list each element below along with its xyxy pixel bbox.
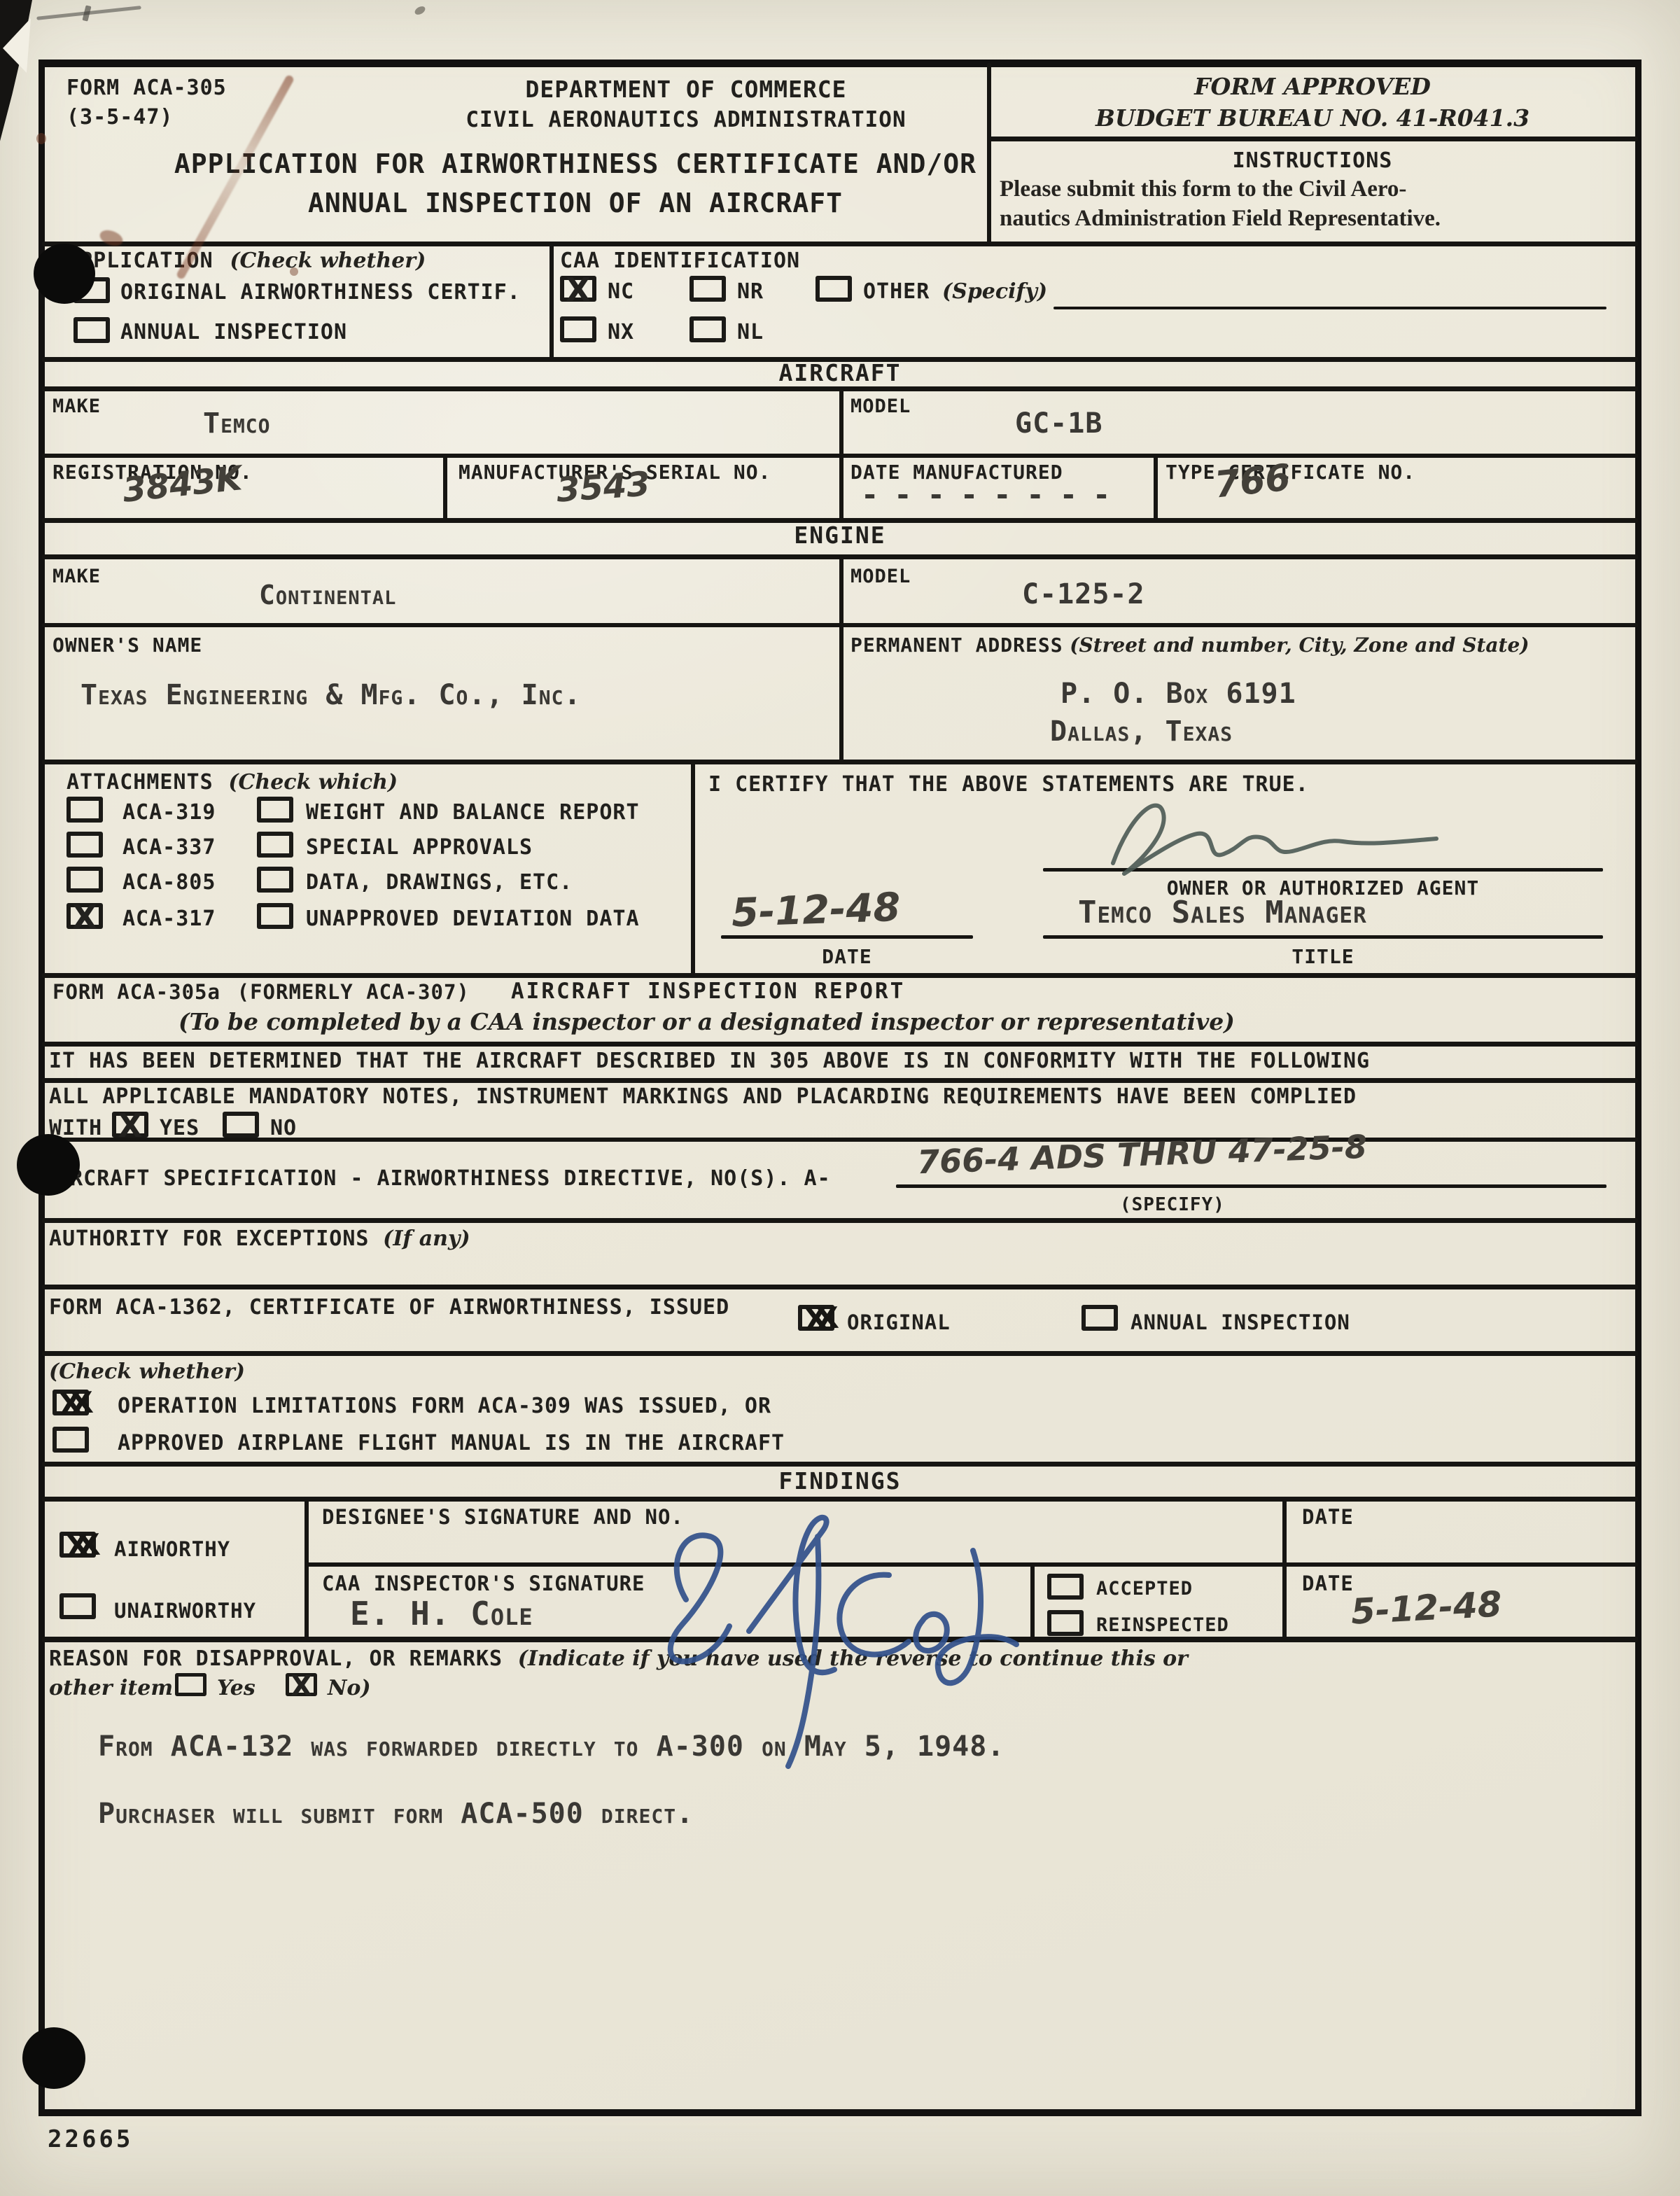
- specify-label: (SPECIFY): [1120, 1194, 1225, 1215]
- findings-date-value: 5-12-48: [1350, 1583, 1503, 1632]
- checkbox-airworthy[interactable]: XX: [59, 1532, 96, 1558]
- hole-punch: [17, 1134, 80, 1196]
- budget-bureau-number: BUDGET BUREAU NO. 41-R041.3: [987, 104, 1638, 132]
- option-nc: NC: [608, 279, 634, 304]
- option-original-airworthiness: ORIGINAL AIRWORTHINESS CERTIF.: [120, 280, 521, 305]
- checkbox-flight-manual[interactable]: [52, 1427, 89, 1453]
- engine-section-title: ENGINE: [38, 522, 1641, 549]
- application-hint: (Check whether): [230, 249, 426, 273]
- checkbox-nx[interactable]: [560, 316, 596, 342]
- checkbox-complied-yes[interactable]: X: [112, 1112, 148, 1138]
- inspection-report-subtitle: (To be completed by a CAA inspector or a…: [178, 1008, 1235, 1035]
- caa-identification-label: CAA IDENTIFICATION: [560, 249, 800, 273]
- attachments-section-label: ATTACHMENTS (Check which): [66, 770, 398, 795]
- checkbox-mark: X: [116, 1107, 144, 1144]
- other-specify-line[interactable]: [1053, 307, 1606, 309]
- address-hint: (Street and number, City, Zone and State…: [1070, 634, 1529, 657]
- checkbox-reinspected[interactable]: [1047, 1610, 1084, 1636]
- divider: [42, 1218, 1638, 1223]
- title-line[interactable]: [1043, 935, 1603, 939]
- remarks-label-line1: REASON FOR DISAPPROVAL, OR REMARKS (Indi…: [49, 1646, 1188, 1671]
- pencil-scribble: [36, 6, 141, 20]
- determined-statement: IT HAS BEEN DETERMINED THAT THE AIRCRAFT…: [49, 1049, 1370, 1073]
- option-reinspected: REINSPECTED: [1096, 1614, 1229, 1636]
- divider: [987, 137, 1638, 141]
- agency-name: DEPARTMENT OF COMMERCE CIVIL AERONAUTICS…: [392, 76, 980, 132]
- agent-title-value: Temco Sales Manager: [1078, 895, 1367, 930]
- option-other: OTHER (Specify): [863, 279, 1047, 304]
- divider: [839, 625, 843, 762]
- option-nl: NL: [737, 320, 764, 344]
- divider: [1030, 1565, 1035, 1639]
- attachments-hint: (Check which): [228, 770, 398, 795]
- type-certificate-value: 766: [1212, 456, 1292, 506]
- findings-date-label: DATE: [1302, 1572, 1354, 1595]
- owner-name-value: Texas Engineering & Mfg. Co., Inc.: [80, 679, 582, 711]
- engine-make-label: MAKE: [52, 566, 101, 587]
- divider: [42, 1285, 1638, 1289]
- serial-value: 3543: [555, 464, 651, 510]
- divider: [304, 1499, 309, 1639]
- checkbox-nl[interactable]: [689, 316, 726, 342]
- remarks-line2: Purchaser will submit form ACA-500 direc…: [98, 1798, 694, 1830]
- divider: [1282, 1499, 1287, 1639]
- option-other-hint: (Specify): [942, 279, 1047, 304]
- checkbox-unapproved-deviation[interactable]: [257, 903, 293, 929]
- inspection-report-title: AIRCRAFT INSPECTION REPORT: [511, 979, 905, 1004]
- aircraft-section-title: AIRCRAFT: [38, 359, 1641, 386]
- checkbox-other[interactable]: [815, 276, 852, 302]
- divider: [839, 389, 843, 456]
- option-issued-annual: ANNUAL INSPECTION: [1130, 1310, 1350, 1334]
- spec-directive-label: AIRCRAFT SPECIFICATION - AIRWORTHINESS D…: [43, 1166, 831, 1191]
- option-nx: NX: [608, 320, 634, 344]
- certify-statement: I CERTIFY THAT THE ABOVE STATEMENTS ARE …: [708, 772, 1309, 797]
- divider: [304, 1562, 1638, 1567]
- designee-date-label: DATE: [1302, 1505, 1354, 1529]
- complied-statement: ALL APPLICABLE MANDATORY NOTES, INSTRUME…: [49, 1084, 1357, 1109]
- checkbox-mark: X: [289, 1668, 314, 1705]
- owner-name-label: OWNER'S NAME: [52, 634, 202, 657]
- remarks-hint2: other item: [49, 1676, 173, 1700]
- pencil-scribble: [82, 5, 91, 21]
- form-approved-line1: FORM APPROVED: [987, 73, 1638, 100]
- remarks-line1: From ACA-132 was forwarded directly to A…: [98, 1730, 1004, 1763]
- divider: [42, 242, 1638, 246]
- divider: [42, 1078, 1638, 1083]
- engine-model-label: MODEL: [850, 566, 911, 587]
- option-reverse-no: No): [328, 1676, 371, 1700]
- divider: [42, 1351, 1638, 1356]
- hole-punch: [34, 244, 95, 304]
- authority-hint: (If any): [383, 1226, 470, 1251]
- checkbox-issued-annual[interactable]: [1081, 1305, 1118, 1331]
- option-accepted: ACCEPTED: [1096, 1578, 1193, 1600]
- agent-signature-line[interactable]: [1043, 868, 1603, 872]
- aircraft-model-value: GC-1B: [1015, 407, 1102, 440]
- instructions-title: INSTRUCTIONS: [987, 148, 1638, 173]
- option-aca-805: ACA-805: [122, 870, 216, 895]
- check-whether-hint: (Check whether): [49, 1359, 245, 1384]
- form-title: APPLICATION FOR AIRWORTHINESS CERTIFICAT…: [92, 148, 1058, 218]
- inspector-name-typed: E. H. Cole: [350, 1595, 533, 1632]
- checkbox-complied-no[interactable]: [223, 1112, 259, 1138]
- checkbox-issued-original[interactable]: XX: [798, 1305, 834, 1331]
- divider: [443, 456, 447, 520]
- engine-make-value: Continental: [259, 580, 396, 610]
- checkbox-mark: X: [564, 272, 592, 308]
- folded-corner: [3, 18, 31, 73]
- option-weight-balance: WEIGHT AND BALANCE REPORT: [306, 800, 640, 825]
- checkbox-aca-337[interactable]: [66, 832, 103, 858]
- checkbox-mark: XX: [63, 1527, 104, 1565]
- scan-edge-corner: [0, 0, 32, 147]
- checkbox-mark: X: [71, 899, 99, 935]
- address-line2: Dallas, Texas: [1050, 715, 1233, 748]
- agency-line1: DEPARTMENT OF COMMERCE: [392, 76, 980, 103]
- divider: [42, 1042, 1638, 1047]
- spec-write-line[interactable]: [896, 1184, 1606, 1188]
- certification-date-value: 5-12-48: [731, 885, 901, 936]
- checkbox-accepted[interactable]: [1047, 1574, 1084, 1600]
- inspection-form-no: FORM ACA-305a: [52, 980, 220, 1004]
- aircraft-model-label: MODEL: [850, 396, 911, 417]
- checkbox-reverse-no[interactable]: X: [286, 1673, 317, 1696]
- form-border-bottom: [38, 2109, 1641, 2116]
- divider: [549, 244, 554, 359]
- checkbox-special-approvals[interactable]: [257, 832, 293, 858]
- remarks-label: REASON FOR DISAPPROVAL, OR REMARKS: [49, 1646, 503, 1671]
- option-other-label: OTHER: [863, 279, 930, 304]
- option-aca-317: ACA-317: [122, 907, 216, 931]
- date-line[interactable]: [721, 935, 973, 939]
- serial-stamp: 22665: [48, 2125, 133, 2153]
- checkbox-aca-805[interactable]: [66, 867, 103, 893]
- form-title-line1: APPLICATION FOR AIRWORTHINESS CERTIFICAT…: [92, 148, 1058, 179]
- hole-punch: [22, 2027, 85, 2089]
- form-number: FORM ACA-305: [66, 76, 227, 100]
- checkbox-reverse-yes[interactable]: [175, 1673, 206, 1696]
- option-airworthy: AIRWORTHY: [114, 1537, 230, 1561]
- engine-model-value: C-125-2: [1022, 578, 1145, 610]
- option-complied-no: NO: [270, 1116, 297, 1140]
- instructions-line1: Please submit this form to the Civil Aer…: [1000, 176, 1406, 202]
- attachments-label: ATTACHMENTS: [66, 770, 213, 795]
- divider: [839, 456, 843, 520]
- checkbox-weight-balance[interactable]: [257, 797, 293, 823]
- title-label: TITLE: [1043, 945, 1603, 968]
- checkbox-aca-317[interactable]: X: [66, 903, 103, 929]
- form-approved-box: FORM APPROVED BUDGET BUREAU NO. 41-R041.…: [987, 73, 1638, 132]
- checkbox-mark: XX: [801, 1300, 843, 1338]
- findings-section-title: FINDINGS: [38, 1467, 1641, 1495]
- divider: [42, 1637, 1638, 1642]
- instructions-line2: nautics Administration Field Representat…: [1000, 206, 1441, 232]
- option-aca-337: ACA-337: [122, 835, 216, 860]
- checkbox-mark: XX: [56, 1385, 97, 1423]
- ink-speck: [414, 5, 427, 17]
- date-label: DATE: [721, 945, 973, 968]
- agency-line2: CIVIL AERONAUTICS ADMINISTRATION: [392, 107, 980, 132]
- checkbox-nc[interactable]: X: [560, 276, 596, 302]
- date-manufactured-value: --------: [861, 477, 1126, 512]
- divider: [1154, 456, 1158, 520]
- divider: [839, 557, 843, 625]
- scanned-form-page: FORM ACA-305 (3-5-47) DEPARTMENT OF COMM…: [0, 0, 1680, 2196]
- aircraft-make-value: Temco: [203, 407, 271, 440]
- divider: [42, 1497, 1638, 1502]
- form-revision-date: (3-5-47): [66, 105, 174, 130]
- option-flight-manual: APPROVED AIRPLANE FLIGHT MANUAL IS IN TH…: [118, 1431, 785, 1455]
- option-unairworthy: UNAIRWORTHY: [114, 1599, 256, 1623]
- option-special-approvals: SPECIAL APPROVALS: [306, 835, 533, 860]
- checkbox-operation-limitations[interactable]: XX: [52, 1390, 89, 1415]
- option-complied-yes: YES: [160, 1116, 199, 1140]
- aircraft-make-label: MAKE: [52, 396, 101, 417]
- inspection-formerly: (FORMERLY ACA-307): [237, 980, 470, 1004]
- address-line1: P. O. Box 6191: [1060, 678, 1296, 710]
- remarks-hint1: (Indicate if you have used the reverse t…: [518, 1646, 1188, 1671]
- checkbox-data-drawings[interactable]: [257, 867, 293, 893]
- spec-directive-value: 766-4 ADS THRU 47-25-8: [916, 1128, 1367, 1181]
- divider: [691, 762, 695, 975]
- option-data-drawings: DATA, DRAWINGS, ETC.: [306, 870, 573, 895]
- option-nr: NR: [737, 279, 764, 304]
- permanent-address-label: PERMANENT ADDRESS (Street and number, Ci…: [850, 631, 1613, 662]
- option-unapproved-deviation: UNAPPROVED DEVIATION DATA: [306, 907, 640, 931]
- cert-issued-label: FORM ACA-1362, CERTIFICATE OF AIRWORTHIN…: [49, 1295, 729, 1320]
- checkbox-aca-319[interactable]: [66, 797, 103, 823]
- authority-label: AUTHORITY FOR EXCEPTIONS: [49, 1226, 369, 1251]
- option-annual-inspection: ANNUAL INSPECTION: [120, 320, 347, 344]
- checkbox-annual-inspection[interactable]: [73, 317, 110, 343]
- address-label: PERMANENT ADDRESS: [850, 634, 1063, 657]
- inspection-form-number: FORM ACA-305a (FORMERLY ACA-307): [52, 980, 470, 1004]
- checkbox-unairworthy[interactable]: [59, 1593, 96, 1619]
- divider: [42, 1462, 1638, 1467]
- inspector-signature-label: CAA INSPECTOR'S SIGNATURE: [322, 1572, 645, 1595]
- option-issued-original: ORIGINAL: [847, 1310, 951, 1334]
- option-aca-319: ACA-319: [122, 800, 216, 825]
- authority-exceptions-label: AUTHORITY FOR EXCEPTIONS (If any): [49, 1226, 470, 1251]
- option-operation-limitations: OPERATION LIMITATIONS FORM ACA-309 WAS I…: [118, 1394, 771, 1418]
- divider: [42, 973, 1638, 978]
- checkbox-nr[interactable]: [689, 276, 726, 302]
- form-title-line2: ANNUAL INSPECTION OF AN AIRCRAFT: [92, 188, 1058, 218]
- application-section-label: APPLICATION (Check whether): [66, 249, 426, 273]
- option-reverse-yes: Yes: [217, 1676, 255, 1700]
- form-border-top: [38, 60, 1641, 67]
- owner-signature: [1092, 783, 1456, 888]
- designee-signature-label: DESIGNEE'S SIGNATURE AND NO.: [322, 1505, 684, 1529]
